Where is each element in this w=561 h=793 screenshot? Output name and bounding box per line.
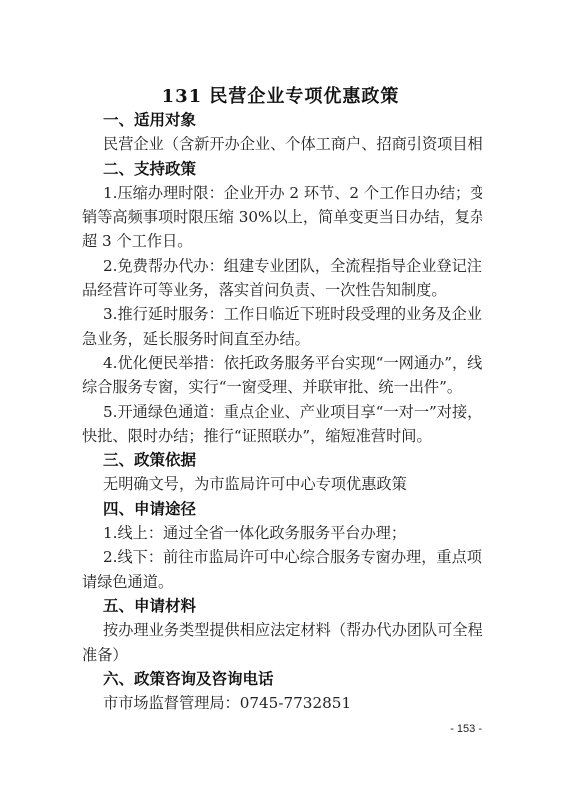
text-line: 急业务，延长服务时间直至办结。 xyxy=(82,327,482,351)
paragraph-policy-4: 4.优化便民举措：依托政务服务平台实现“一网通办”，线下设 综合服务专窗，实行“… xyxy=(82,351,482,400)
text-line: 准备） xyxy=(82,643,482,667)
text-line: 2.免费帮办代办：组建专业团队，全流程指导企业登记注册、食 xyxy=(82,254,482,278)
paragraph-policy-5: 5.开通绿色通道：重点企业、产业项目享“一对一”对接，预审 快批、限时办结；推行… xyxy=(82,400,482,449)
text-line: 综合服务专窗，实行“一窗受理、并联审批、统一出件”。 xyxy=(82,375,482,399)
contact-phone-line: 市市场监督管理局：0745-7732851 xyxy=(82,691,482,715)
paragraph: 按办理业务类型提供相应法定材料（帮办代办团队可全程指导 准备） xyxy=(82,618,482,667)
paragraph-policy-2: 2.免费帮办代办：组建专业团队，全流程指导企业登记注册、食 品经营许可等业务，落… xyxy=(82,254,482,303)
text-line: 品经营许可等业务，落实首问负责、一次性告知制度。 xyxy=(82,278,482,302)
section-heading-applicable-targets: 一、适用对象 xyxy=(82,108,482,132)
text-line: 1.线上：通过全省一体化政务服务平台办理； xyxy=(82,521,482,545)
document-page: 131 民营企业专项优惠政策 一、适用对象 民营企业（含新开办企业、个体工商户、… xyxy=(0,0,561,793)
section-heading-application-channels: 四、申请途径 xyxy=(82,497,482,521)
text-line: 3.推行延时服务：工作日临近下班时段受理的业务及企业预约紧 xyxy=(82,302,482,326)
page-number: - 153 - xyxy=(450,723,482,735)
document-body: 一、适用对象 民营企业（含新开办企业、个体工商户、招商引资项目相关企业等） 二、… xyxy=(82,108,482,715)
text-line: 超 3 个工作日。 xyxy=(82,229,482,253)
text-line: 按办理业务类型提供相应法定材料（帮办代办团队可全程指导 xyxy=(82,618,482,642)
text-line: 快批、限时办结；推行“证照联办”，缩短准营时间。 xyxy=(82,424,482,448)
paragraph-online: 1.线上：通过全省一体化政务服务平台办理； xyxy=(82,521,482,545)
document-title: 131 民营企业专项优惠政策 xyxy=(0,84,561,110)
section-heading-policy-basis: 三、政策依据 xyxy=(82,448,482,472)
section-heading-support-policies: 二、支持政策 xyxy=(82,157,482,181)
paragraph-policy-3: 3.推行延时服务：工作日临近下班时段受理的业务及企业预约紧 急业务，延长服务时间… xyxy=(82,302,482,351)
text-line: 4.优化便民举措：依托政务服务平台实现“一网通办”，线下设 xyxy=(82,351,482,375)
text-line: 请绿色通道。 xyxy=(82,570,482,594)
paragraph: 民营企业（含新开办企业、个体工商户、招商引资项目相关企业等） xyxy=(82,132,482,156)
text-line: 销等高频事项时限压缩 30%以上，简单变更当日办结，复杂注销不 xyxy=(82,205,482,229)
paragraph-policy-1: 1.压缩办理时限：企业开办 2 环节、2 个工作日办结；变更、注 销等高频事项时… xyxy=(82,181,482,254)
text-line: 无明确文号，为市监局许可中心专项优惠政策 xyxy=(82,472,482,496)
paragraph-offline: 2.线下：前往市监局许可中心综合服务专窗办理，重点项目可申 请绿色通道。 xyxy=(82,545,482,594)
paragraph-contact: 市市场监督管理局：0745-7732851 xyxy=(82,691,482,715)
text-line: 民营企业（含新开办企业、个体工商户、招商引资项目相关企业等） xyxy=(82,132,482,156)
paragraph: 无明确文号，为市监局许可中心专项优惠政策 xyxy=(82,472,482,496)
section-heading-consultation-phone: 六、政策咨询及咨询电话 xyxy=(82,667,482,691)
section-heading-application-materials: 五、申请材料 xyxy=(82,594,482,618)
text-line: 1.压缩办理时限：企业开办 2 环节、2 个工作日办结；变更、注 xyxy=(82,181,482,205)
text-line: 5.开通绿色通道：重点企业、产业项目享“一对一”对接，预审 xyxy=(82,400,482,424)
text-line: 2.线下：前往市监局许可中心综合服务专窗办理，重点项目可申 xyxy=(82,545,482,569)
